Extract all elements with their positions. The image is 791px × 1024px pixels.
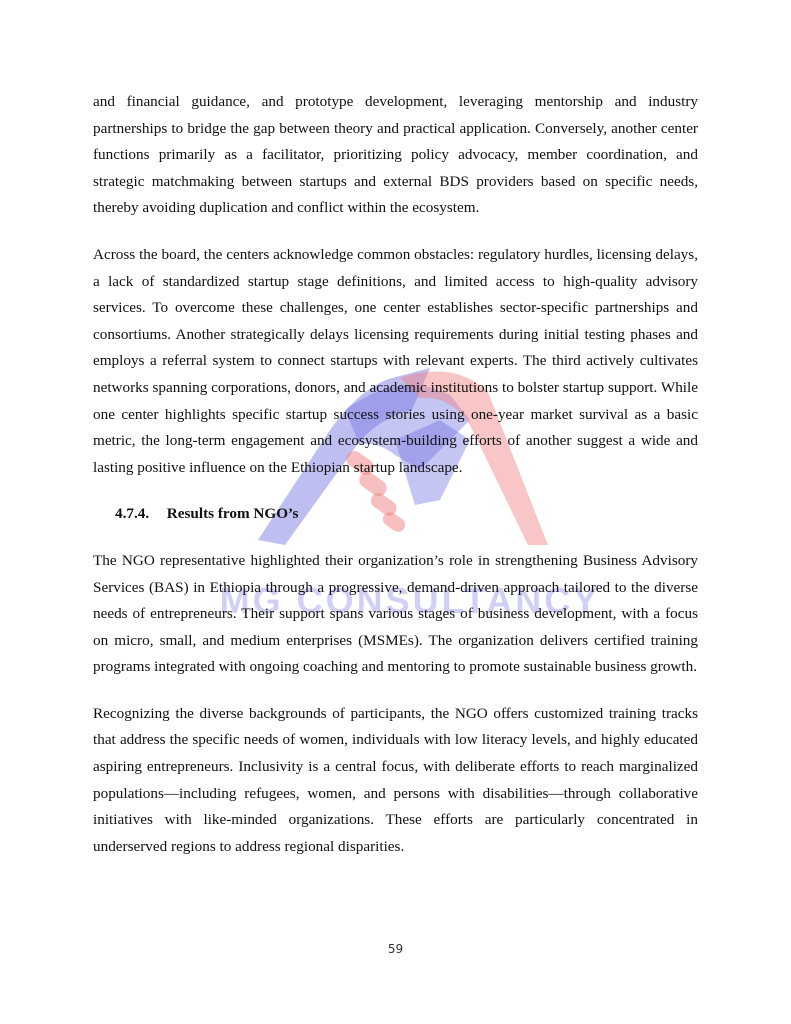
section-heading: 4.7.4. Results from NGO’s	[93, 501, 698, 528]
document-body: and financial guidance, and prototype de…	[93, 89, 698, 860]
paragraph-2: Across the board, the centers acknowledg…	[93, 242, 698, 481]
section-number: 4.7.4.	[115, 501, 163, 528]
paragraph-3: The NGO representative highlighted their…	[93, 548, 698, 681]
section-title: Results from NGO’s	[167, 505, 299, 522]
paragraph-1: and financial guidance, and prototype de…	[93, 89, 698, 222]
document-page: MG CONSULTANCY and financial guidance, a…	[0, 0, 791, 1024]
page-number: 59	[0, 942, 791, 956]
paragraph-4: Recognizing the diverse backgrounds of p…	[93, 701, 698, 861]
